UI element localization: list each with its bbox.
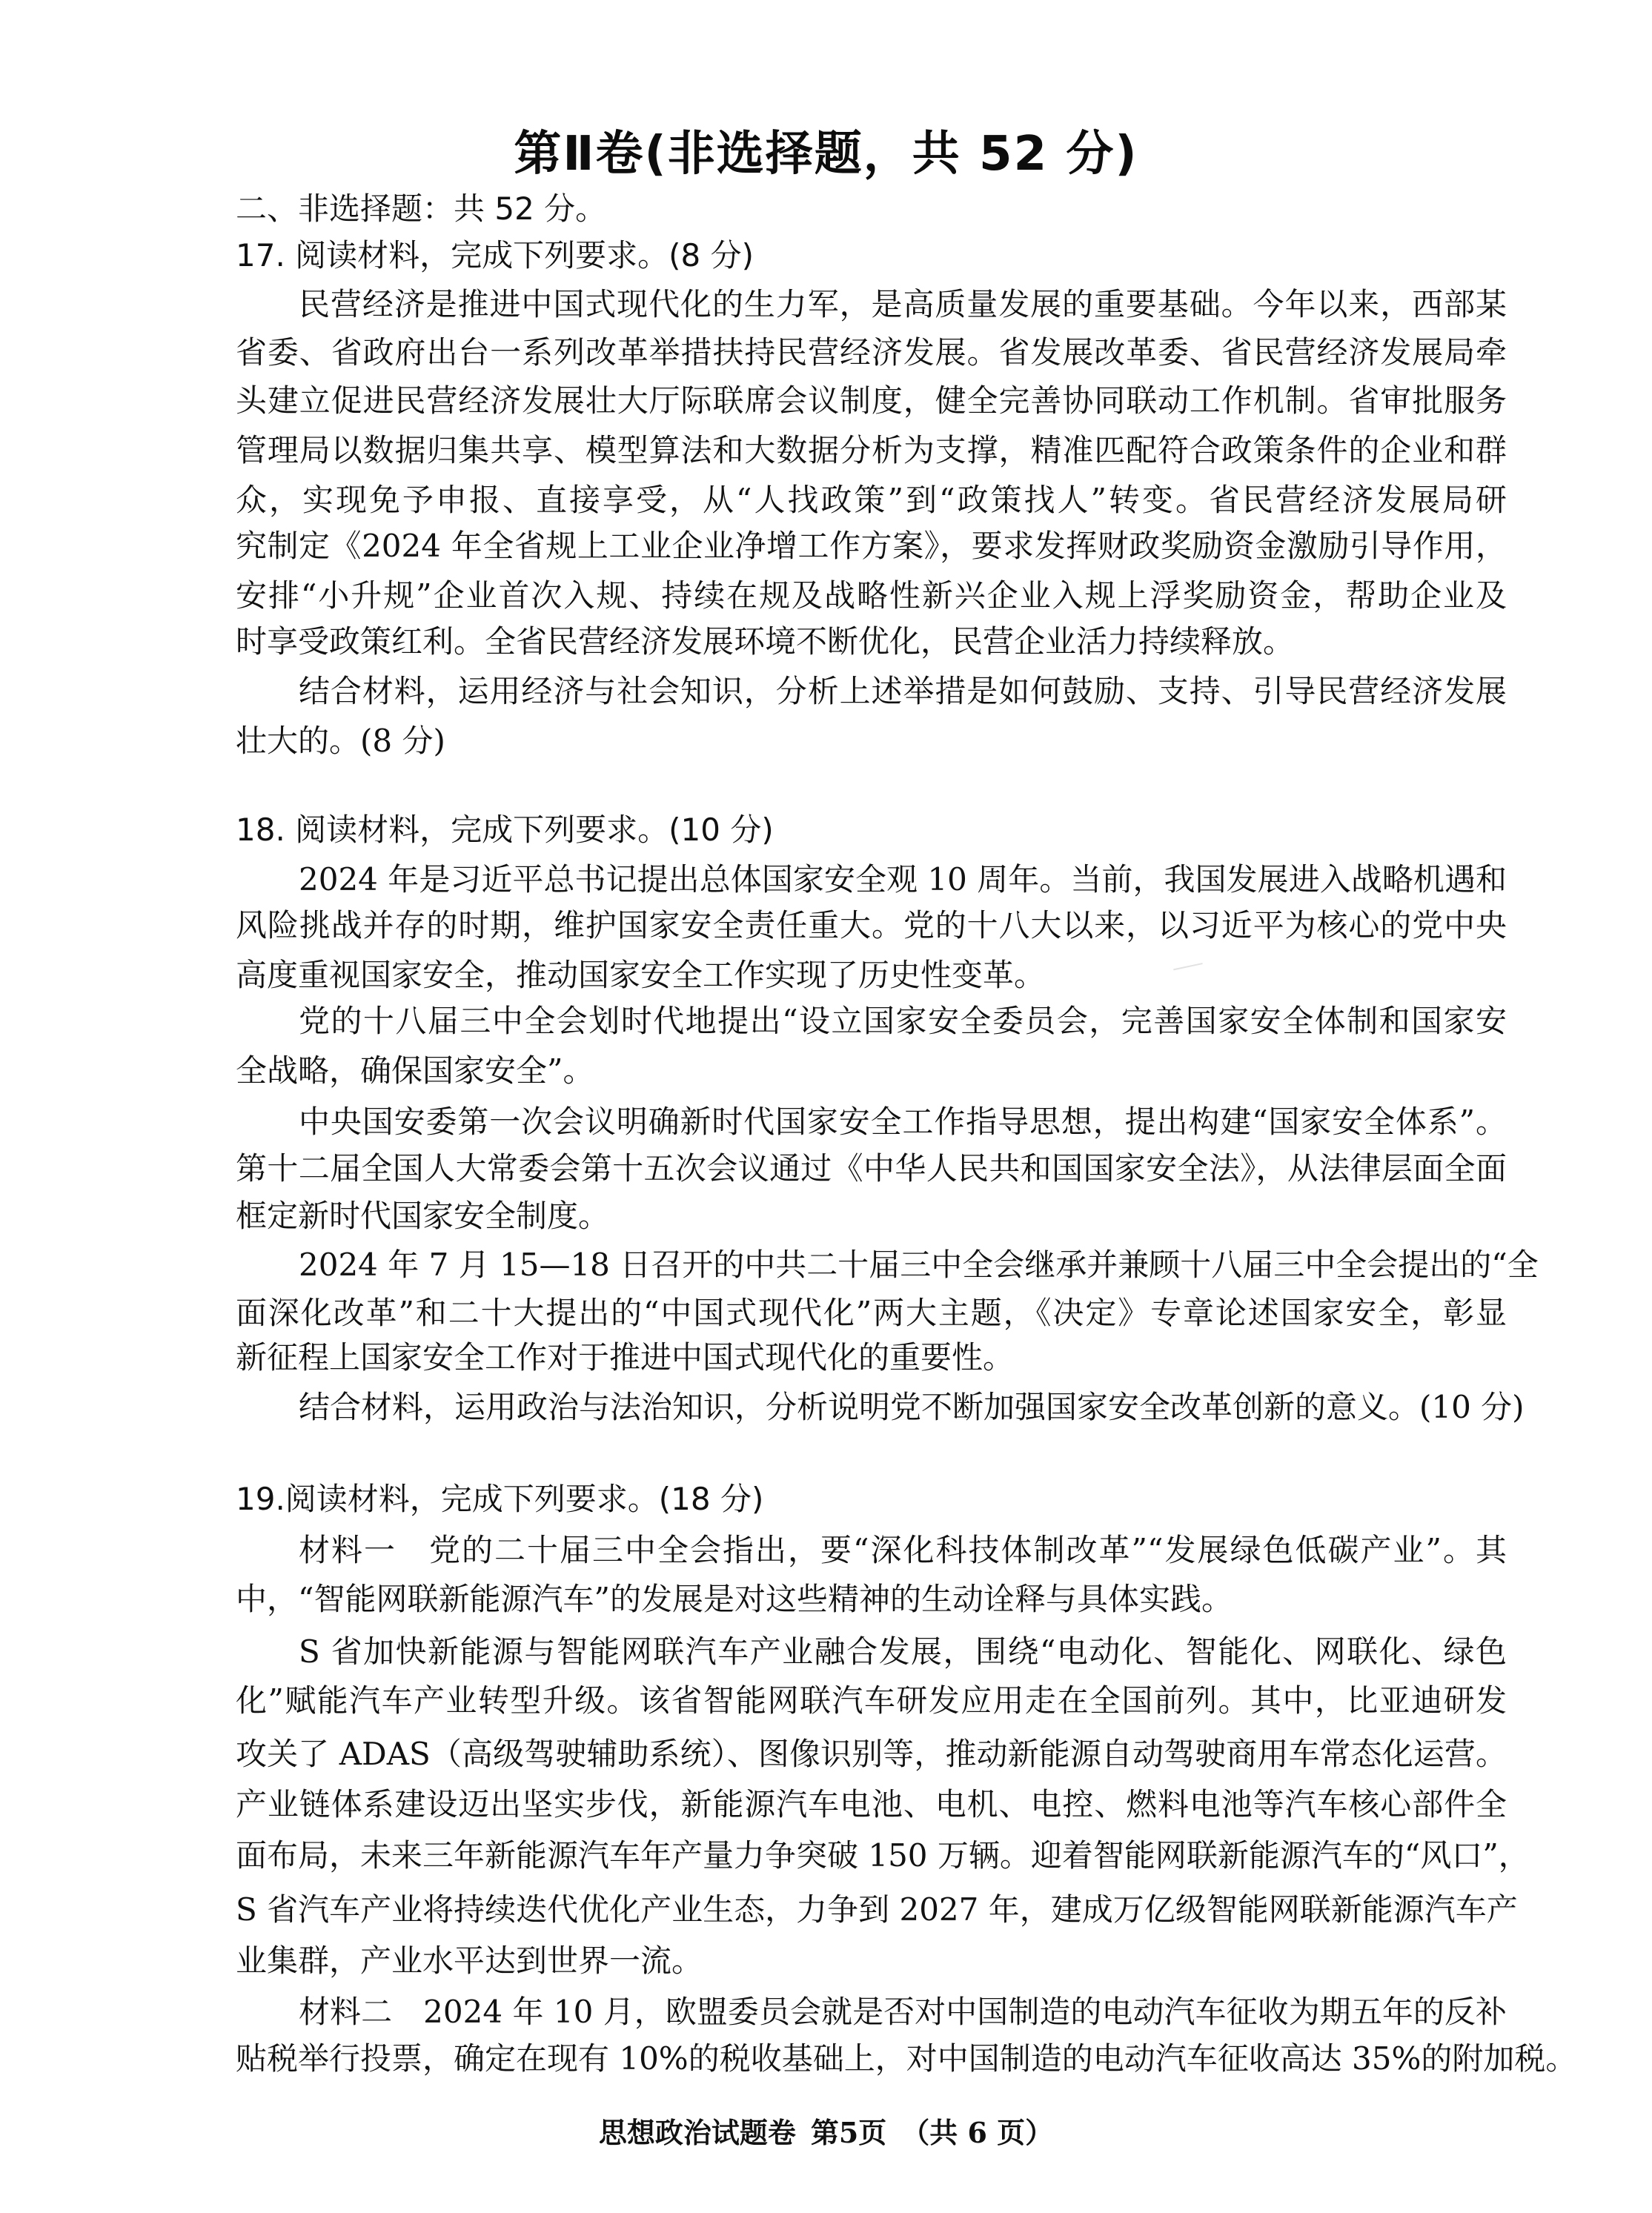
q18-paragraph-line: 党的十八届三中全会划时代地提出“设立国家安全委员会，完善国家安全体制和国家安 <box>299 1003 1507 1040</box>
q17-paragraph-line: 众，实现免予申报、直接享受，从“人找政策”到“政策找人”转变。省民营经济发展局研 <box>236 482 1507 519</box>
q18-paragraph-line: 2024 年 7 月 15—18 日召开的中共二十届三中全会继承并兼顾十八届三中… <box>299 1247 1507 1284</box>
q17-question-line: 结合材料，运用经济与社会知识，分析上述举措是如何鼓励、支持、引导民营经济发展 <box>299 673 1507 710</box>
q18-paragraph-line: 全战略，确保国家安全”。 <box>236 1052 1507 1089</box>
q19-material-line: 攻关了 ADAS（高级驾驶辅助系统）、图像识别等，推动新能源自动驾驶商用车常态化… <box>236 1736 1507 1773</box>
q17-paragraph-line: 省委、省政府出台一系列改革举措扶持民营经济发展。省发展改革委、省民营经济发展局牵 <box>236 334 1507 371</box>
q17-paragraph-line: 管理局以数据归集共享、模型算法和大数据分析为支撑，精准匹配符合政策条件的企业和群 <box>236 432 1507 469</box>
q18-paragraph-line: 中央国安委第一次会议明确新时代国家安全工作指导思想，提出构建“国家安全体系”。 <box>299 1104 1507 1141</box>
footer-page-number: 第5页 <box>811 2116 886 2149</box>
q18-paragraph-line: 风险挑战并存的时期，维护国家安全责任重大。党的十八大以来，以习近平为核心的党中央 <box>236 907 1507 944</box>
footer-subject: 思想政治试题卷 <box>599 2116 796 2149</box>
q17-paragraph-line: 安排“小升规”企业首次入规、持续在规及战略性新兴企业入规上浮奖励资金，帮助企业及 <box>236 577 1507 614</box>
q18-paragraph-line: 第十二届全国人大常委会第十五次会议通过《中华人民共和国国家安全法》，从法律层面全… <box>236 1150 1507 1187</box>
question-18-prompt: 18. 阅读材料，完成下列要求。(10 分) <box>236 812 1507 849</box>
q19-material-line: 业集群，产业水平达到世界一流。 <box>236 1942 1507 1980</box>
question-19-prompt: 19.阅读材料，完成下列要求。(18 分) <box>236 1481 1507 1518</box>
q17-paragraph-line: 时享受政策红利。全省民营经济发展环境不断优化，民营企业活力持续释放。 <box>236 623 1507 660</box>
section-heading: 二、非选择题：共 52 分。 <box>236 190 1507 228</box>
footer-page-total: （共 6 页） <box>901 2116 1053 2149</box>
q19-material-line: 贴税举行投票，确定在现有 10%的税收基础上，对中国制造的电动汽车征收高达 35… <box>236 2040 1507 2077</box>
q17-question-line: 壮大的。(8 分) <box>236 723 1507 760</box>
page-title: 第Ⅱ卷(非选择题，共 52 分) <box>0 125 1652 184</box>
q19-material-line: 中，“智能网联新能源汽车”的发展是对这些精神的生动诠释与具体实践。 <box>236 1581 1507 1618</box>
q19-material-line: 材料二 2024 年 10 月，欧盟委员会就是否对中国制造的电动汽车征收为期五年… <box>299 1994 1507 2031</box>
q19-material-line: 产业链体系建设迈出坚实步伐，新能源汽车电池、电机、电控、燃料电池等汽车核心部件全 <box>236 1786 1507 1823</box>
q19-material-line: 材料一 党的二十届三中全会指出，要“深化科技体制改革”“发展绿色低碳产业”。其 <box>299 1532 1507 1569</box>
q18-paragraph-line: 2024 年是习近平总书记提出总体国家安全观 10 周年。当前，我国发展进入战略… <box>299 861 1507 898</box>
question-17-prompt: 17. 阅读材料，完成下列要求。(8 分) <box>236 237 1507 274</box>
q19-material-line: S 省汽车产业将持续迭代优化产业生态，力争到 2027 年，建成万亿级智能网联新… <box>236 1891 1507 1928</box>
q17-paragraph-line: 民营经济是推进中国式现代化的生力军，是高质量发展的重要基础。今年以来，西部某 <box>299 286 1507 323</box>
q17-paragraph-line: 究制定《2024 年全省规上工业企业净增工作方案》，要求发挥财政奖励资金激励引导… <box>236 528 1507 565</box>
q18-paragraph-line: 新征程上国家安全工作对于推进中国式现代化的重要性。 <box>236 1339 1507 1376</box>
q18-paragraph-line: 面深化改革”和二十大提出的“中国式现代化”两大主题，《决定》专章论述国家安全，彰… <box>236 1295 1507 1332</box>
q18-paragraph-line: 框定新时代国家安全制度。 <box>236 1198 1507 1235</box>
q18-paragraph-line: 高度重视国家安全，推动国家安全工作实现了历史性变革。 <box>236 957 1507 994</box>
q19-material-line: S 省加快新能源与智能网联汽车产业融合发展，围绕“电动化、智能化、网联化、绿色 <box>299 1633 1507 1670</box>
page-footer: 思想政治试题卷第5页（共 6 页） <box>0 2116 1652 2150</box>
q18-question-line: 结合材料，运用政治与法治知识，分析说明党不断加强国家安全改革创新的意义。(10 … <box>299 1389 1507 1426</box>
q19-material-line: 面布局，未来三年新能源汽车年产量力争突破 150 万辆。迎着智能网联新能源汽车的… <box>236 1837 1507 1874</box>
q17-paragraph-line: 头建立促进民营经济发展壮大厅际联席会议制度，健全完善协同联动工作机制。省审批服务 <box>236 382 1507 419</box>
q19-material-line: 化”赋能汽车产业转型升级。该省智能网联汽车研发应用走在全国前列。其中，比亚迪研发 <box>236 1682 1507 1719</box>
